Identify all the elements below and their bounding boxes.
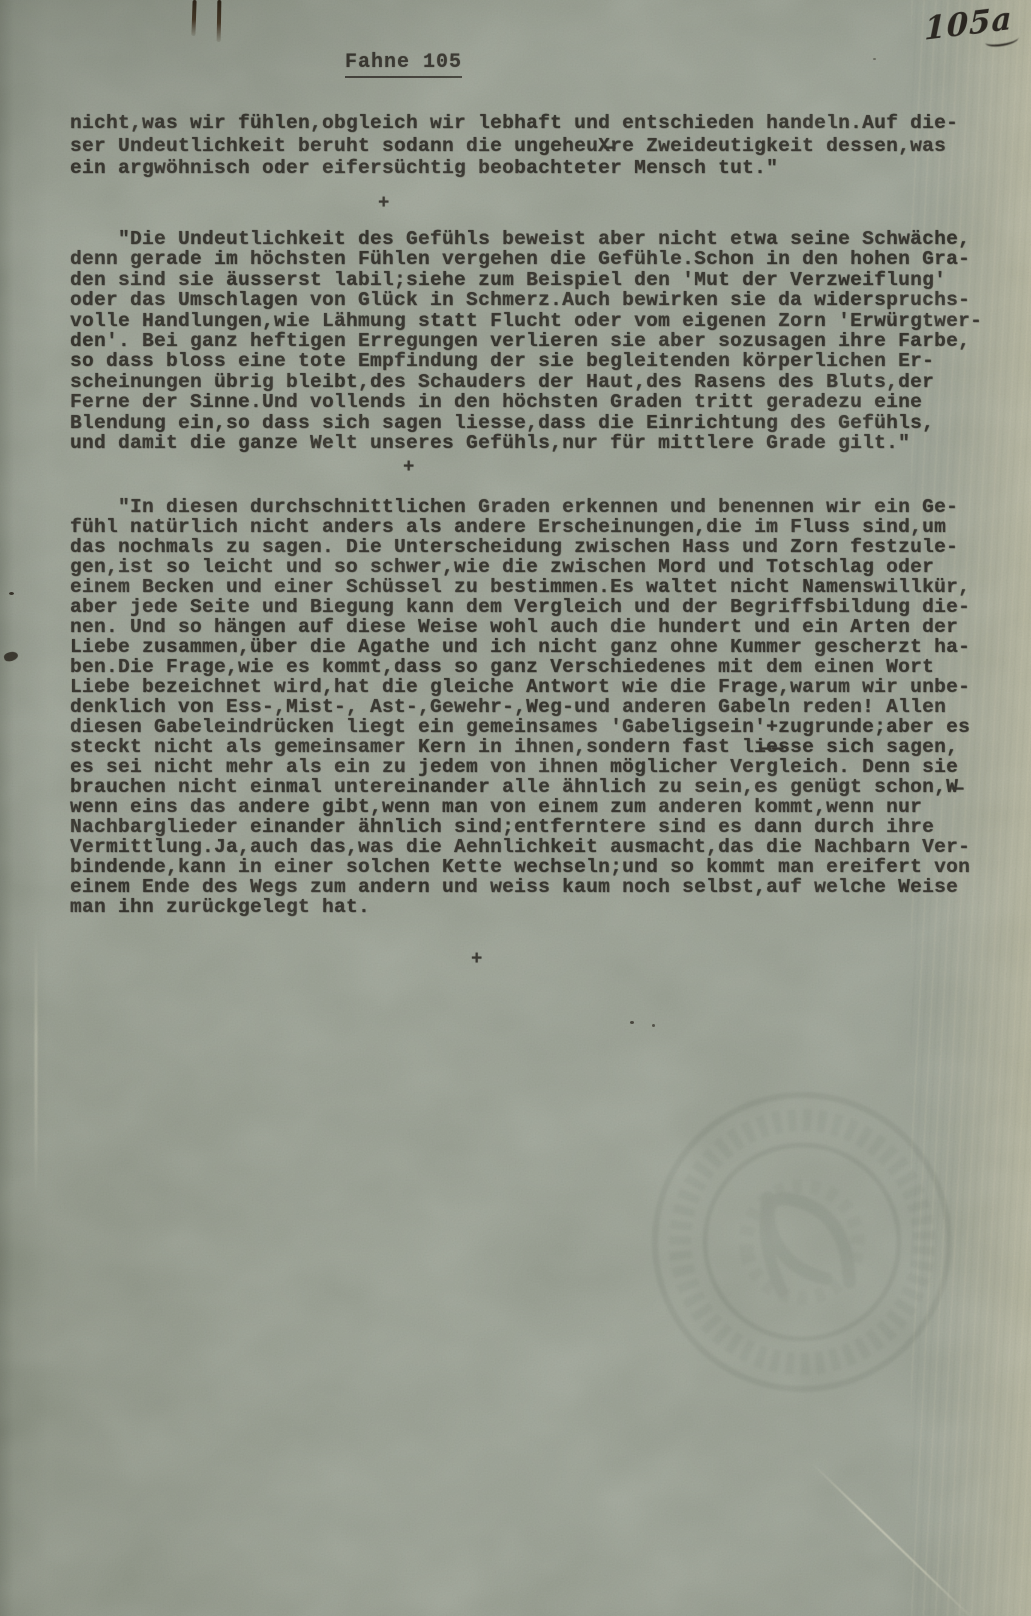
typed-paragraph-1: nicht,was wir fühlen,obgleich wir lebhaf… bbox=[70, 112, 1020, 180]
ink-stroke-mark-2 bbox=[217, 0, 222, 42]
ink-speck bbox=[652, 1024, 655, 1027]
ink-speck bbox=[630, 1021, 634, 1024]
document-scan: { "page": { "handwritten_page_number": "… bbox=[0, 0, 1031, 1616]
vertical-fold-crease bbox=[35, 928, 37, 1198]
handwriting-tail-swash bbox=[984, 32, 1019, 47]
typed-paragraph-3: "In diesen durchschnittlichen Graden erk… bbox=[70, 497, 1020, 917]
ink-speck bbox=[3, 650, 19, 663]
separator-plus-2: + bbox=[403, 456, 414, 478]
separator-plus-3: + bbox=[471, 948, 482, 970]
diagonal-scratch-line bbox=[811, 1462, 978, 1616]
embossed-round-stamp bbox=[617, 1057, 987, 1427]
page-title: Fahne 105 bbox=[345, 51, 462, 78]
typed-paragraph-2: "Die Undeutlichkeit des Gefühls beweist … bbox=[70, 229, 1020, 453]
separator-plus-1: + bbox=[378, 192, 389, 214]
ink-speck bbox=[873, 58, 876, 60]
ink-speck bbox=[9, 592, 14, 595]
ink-stroke-mark-1 bbox=[191, 0, 196, 36]
